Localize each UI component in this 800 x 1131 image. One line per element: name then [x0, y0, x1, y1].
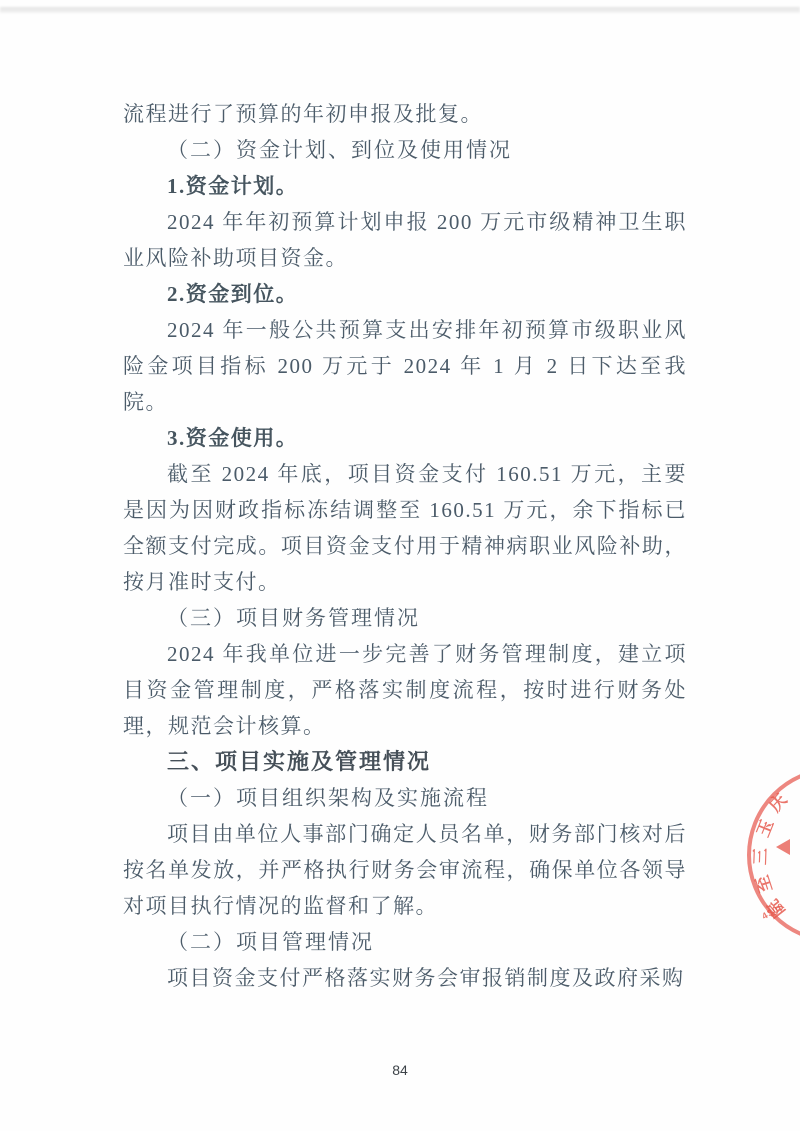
- paragraph: 截至 2024 年底，项目资金支付 160.51 万元，主要是因为因财政指标冻结…: [123, 456, 687, 600]
- paragraph-continuation: 流程进行了预算的年初申报及批复。: [123, 96, 687, 132]
- paragraph: 2024 年年初预算计划申报 200 万元市级精神卫生职业风险补助项目资金。: [123, 204, 687, 276]
- section-heading: 三、项目实施及管理情况: [123, 744, 687, 780]
- scan-artifact-band: [0, 7, 800, 13]
- page-number: 84: [0, 1062, 800, 1078]
- seal-star-icon: [776, 839, 790, 855]
- paragraph: 2024 年一般公共预算支出安排年初预算市级职业风险金项目指标 200 万元于 …: [123, 312, 687, 420]
- numbered-heading: 2.资金到位。: [123, 276, 687, 312]
- numbered-heading: 1.资金计划。: [123, 168, 687, 204]
- paragraph: 2024 年我单位进一步完善了财务管理制度，建立项目资金管理制度，严格落实制度流…: [123, 636, 687, 744]
- subsection-heading: （三）项目财务管理情况: [123, 600, 687, 636]
- seal-character: 三: [746, 848, 772, 866]
- official-seal-stamp: 庆 玉 三 至 院 4300: [747, 767, 800, 943]
- subsection-heading: （二）资金计划、到位及使用情况: [123, 132, 687, 168]
- numbered-heading: 3.资金使用。: [123, 420, 687, 456]
- document-page: 流程进行了预算的年初申报及批复。 （二）资金计划、到位及使用情况 1.资金计划。…: [0, 0, 800, 1131]
- paragraph: 项目由单位人事部门确定人员名单，财务部门核对后按名单发放，并严格执行财务会审流程…: [123, 816, 687, 924]
- document-body: 流程进行了预算的年初申报及批复。 （二）资金计划、到位及使用情况 1.资金计划。…: [123, 96, 687, 996]
- subsection-heading: （二）项目管理情况: [123, 924, 687, 960]
- subsection-heading: （一）项目组织架构及实施流程: [123, 780, 687, 816]
- paragraph: 项目资金支付严格落实财务会审报销制度及政府采购: [123, 960, 687, 996]
